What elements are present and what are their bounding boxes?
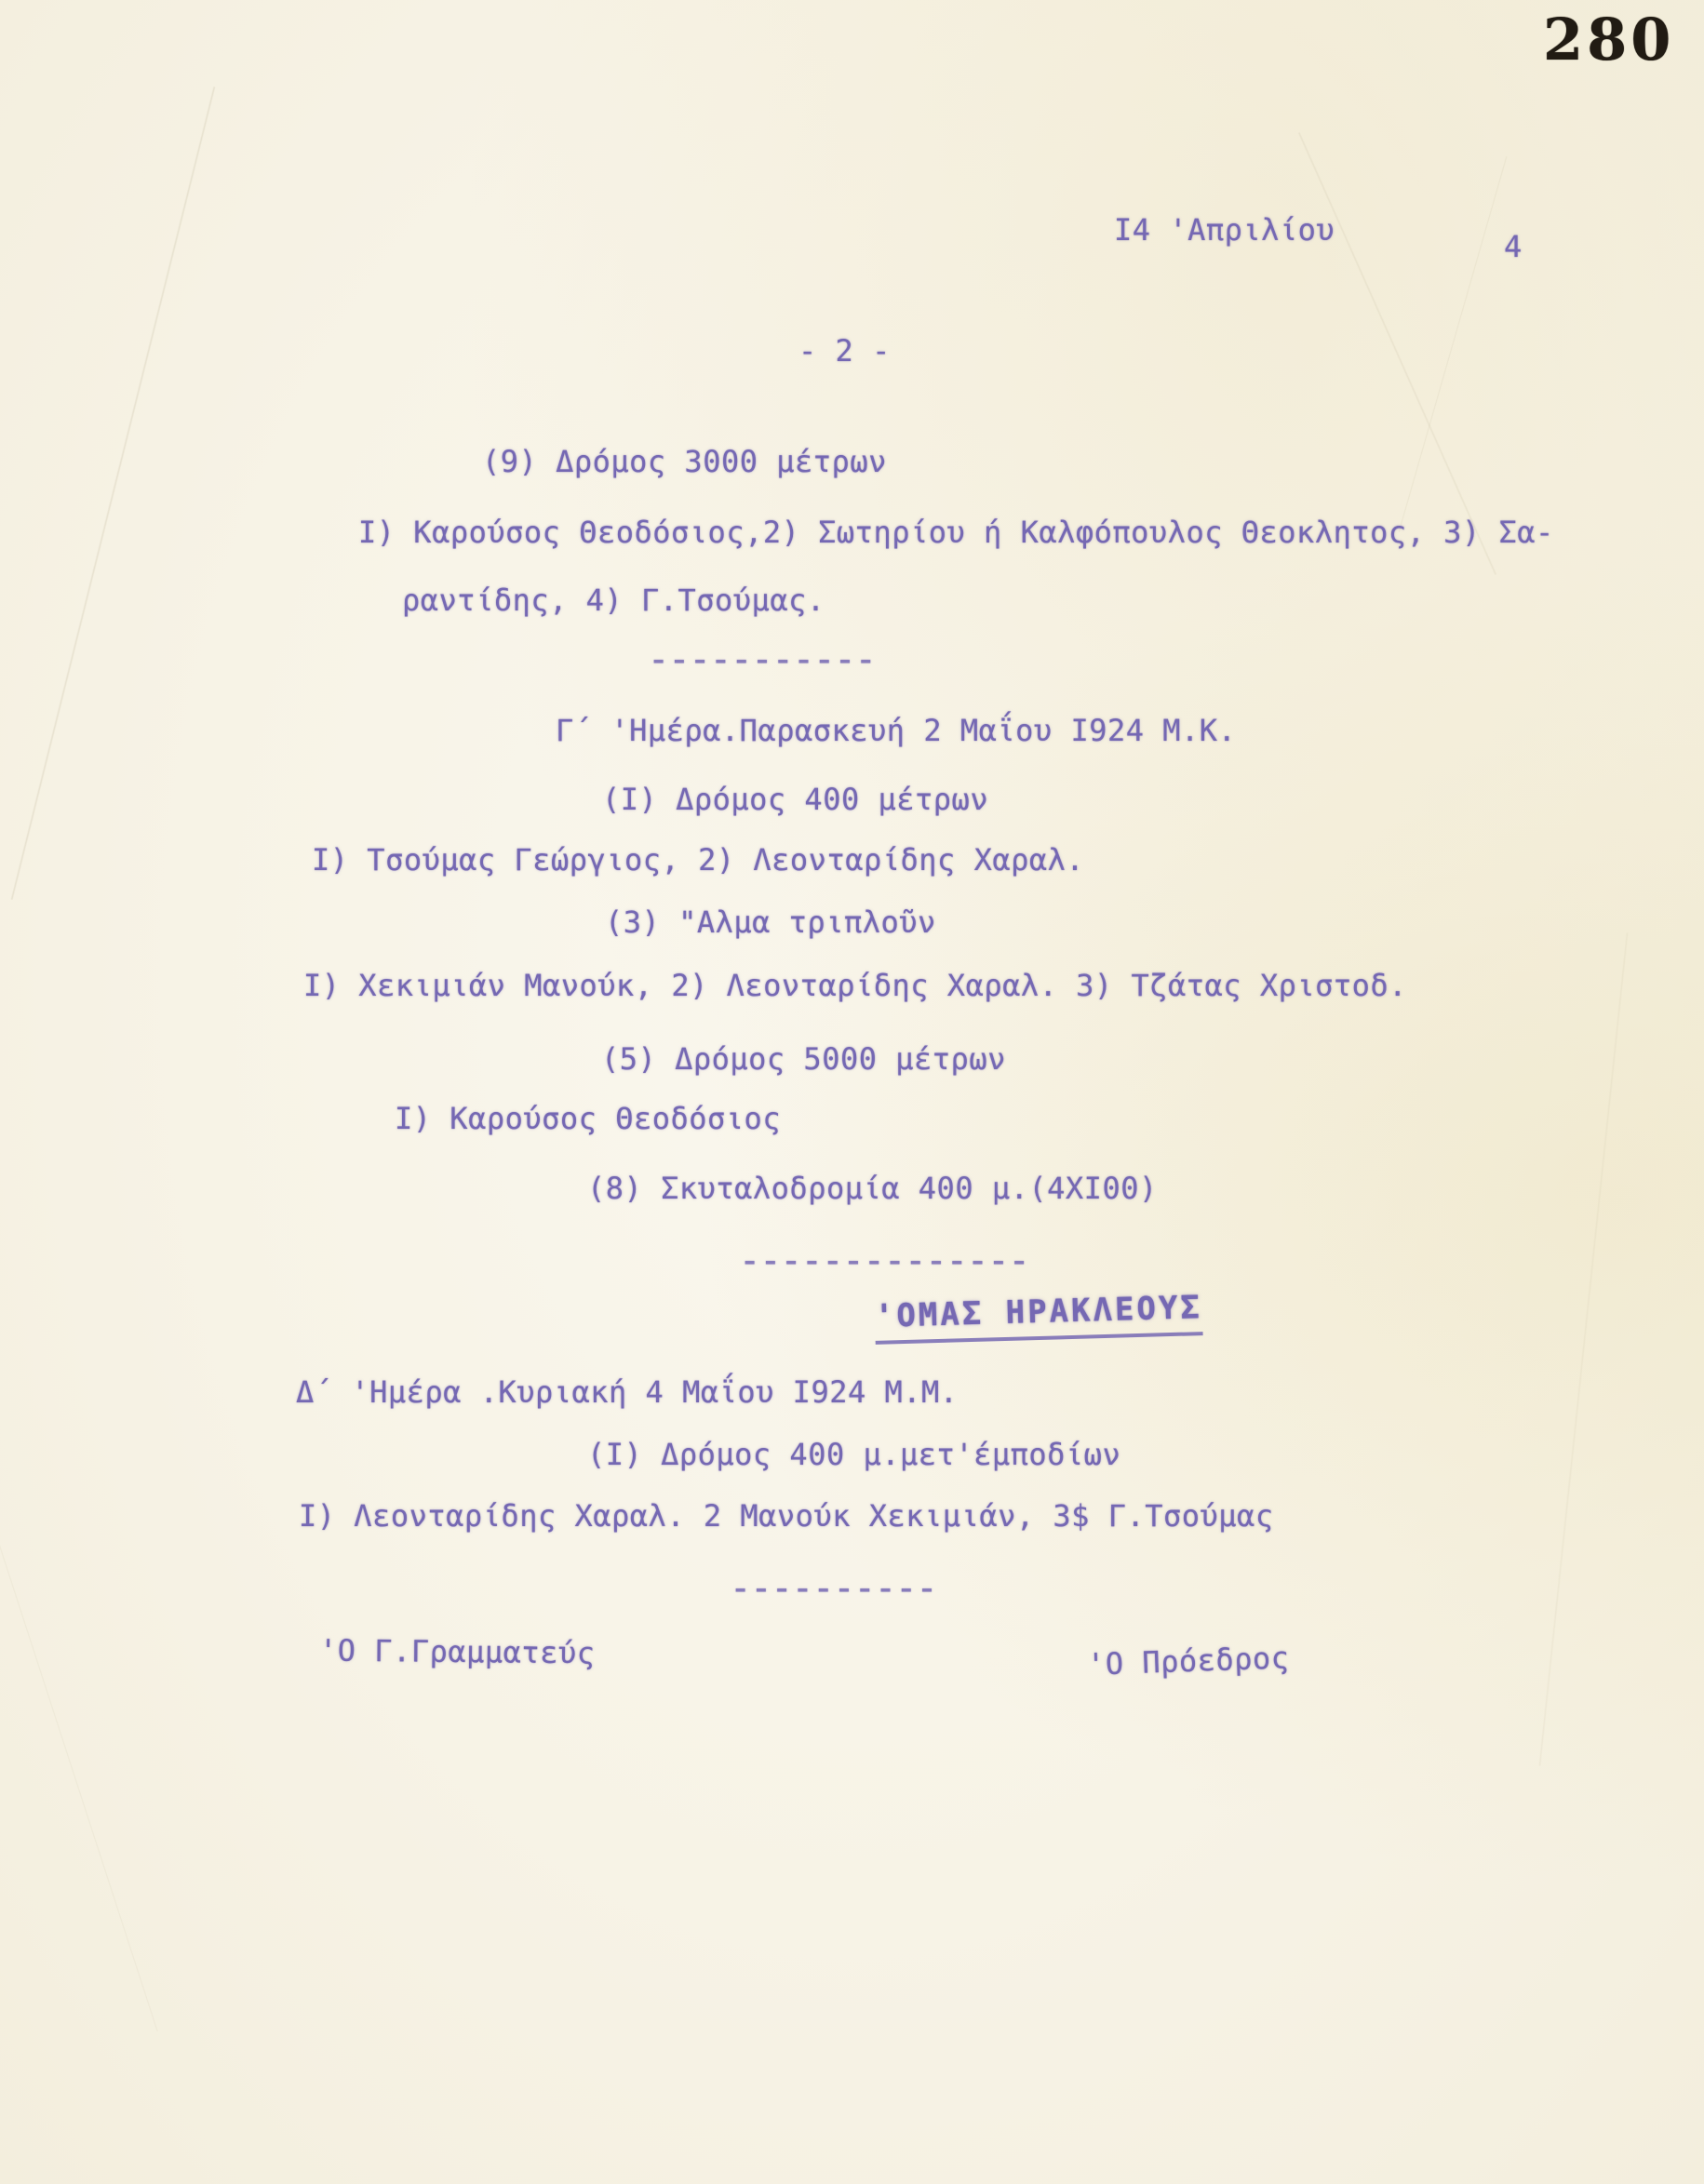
paper-crease [0, 1412, 158, 2031]
paper-crease [1398, 156, 1508, 532]
results-line-5000m: Ι) Καρούσος Θεοδόσιος [395, 1101, 781, 1136]
scanned-document-page: 280 Ι4 'Απριλίου 4 - 2 - (9) Δρόμος 3000… [0, 0, 1704, 2184]
page-stamp-number: 280 [1543, 6, 1674, 74]
results-line-3000m-b: ραντίδης, 4) Γ.Τσούμας. [402, 583, 825, 618]
signature-secretary: 'Ο Γ.Γραμματεύς [319, 1632, 596, 1670]
page-number-label: - 2 - [798, 333, 891, 368]
signature-president: 'Ο Πρόεδρος [1086, 1640, 1290, 1682]
margin-number: 4 [1504, 229, 1523, 264]
separator-dashes: ----------- [650, 647, 878, 674]
results-line-400m-hurdles: Ι) Λεονταρίδης Χαραλ. 2 Μανούκ Χεκιμιάν,… [299, 1498, 1274, 1534]
separator-dashes: -------------- [741, 1248, 1031, 1275]
event-line-400m: (Ι) Δρόμος 400 μέτρων [602, 782, 988, 817]
results-line-triple-jump: Ι) Χεκιμιάν Μανούκ, 2) Λεονταρίδης Χαραλ… [303, 968, 1407, 1003]
event-line-triple-jump: (3) "Αλμα τριπλοῦν [605, 904, 936, 940]
date-line: Ι4 'Απριλίου [1114, 212, 1335, 248]
event-line-400m-hurdles: (Ι) Δρόμος 400 μ.μετ'έμποδίων [587, 1437, 1120, 1472]
separator-dashes: ---------- [731, 1575, 939, 1602]
paper-crease [1297, 132, 1496, 575]
paper-crease [1538, 932, 1629, 1765]
event-line-5000m: (5) Δρόμος 5000 μέτρων [601, 1041, 1006, 1077]
team-heading: 'ΟΜΑΣ ΗΡΑΚΛΕΟΥΣ [874, 1289, 1202, 1345]
event-line-3000m: (9) Δρόμος 3000 μέτρων [482, 444, 887, 479]
results-line-3000m-a: Ι) Καρούσος Θεοδόσιος,2) Σωτηρίου ή Καλφ… [358, 515, 1554, 550]
day-c-heading: Γ΄ 'Ημέρα.Παρασκευή 2 Μαΐου Ι924 Μ.Κ. [556, 713, 1236, 748]
day-d-heading: Δ΄ 'Ημέρα .Κυριακή 4 Μαΐου Ι924 Μ.Μ. [296, 1374, 959, 1410]
paper-crease [10, 87, 216, 900]
event-line-relay: (8) Σκυταλοδρομία 400 μ.(4ΧΙ00) [587, 1171, 1158, 1206]
results-line-400m: Ι) Τσούμας Γεώργιος, 2) Λεονταρίδης Χαρα… [312, 842, 1084, 878]
